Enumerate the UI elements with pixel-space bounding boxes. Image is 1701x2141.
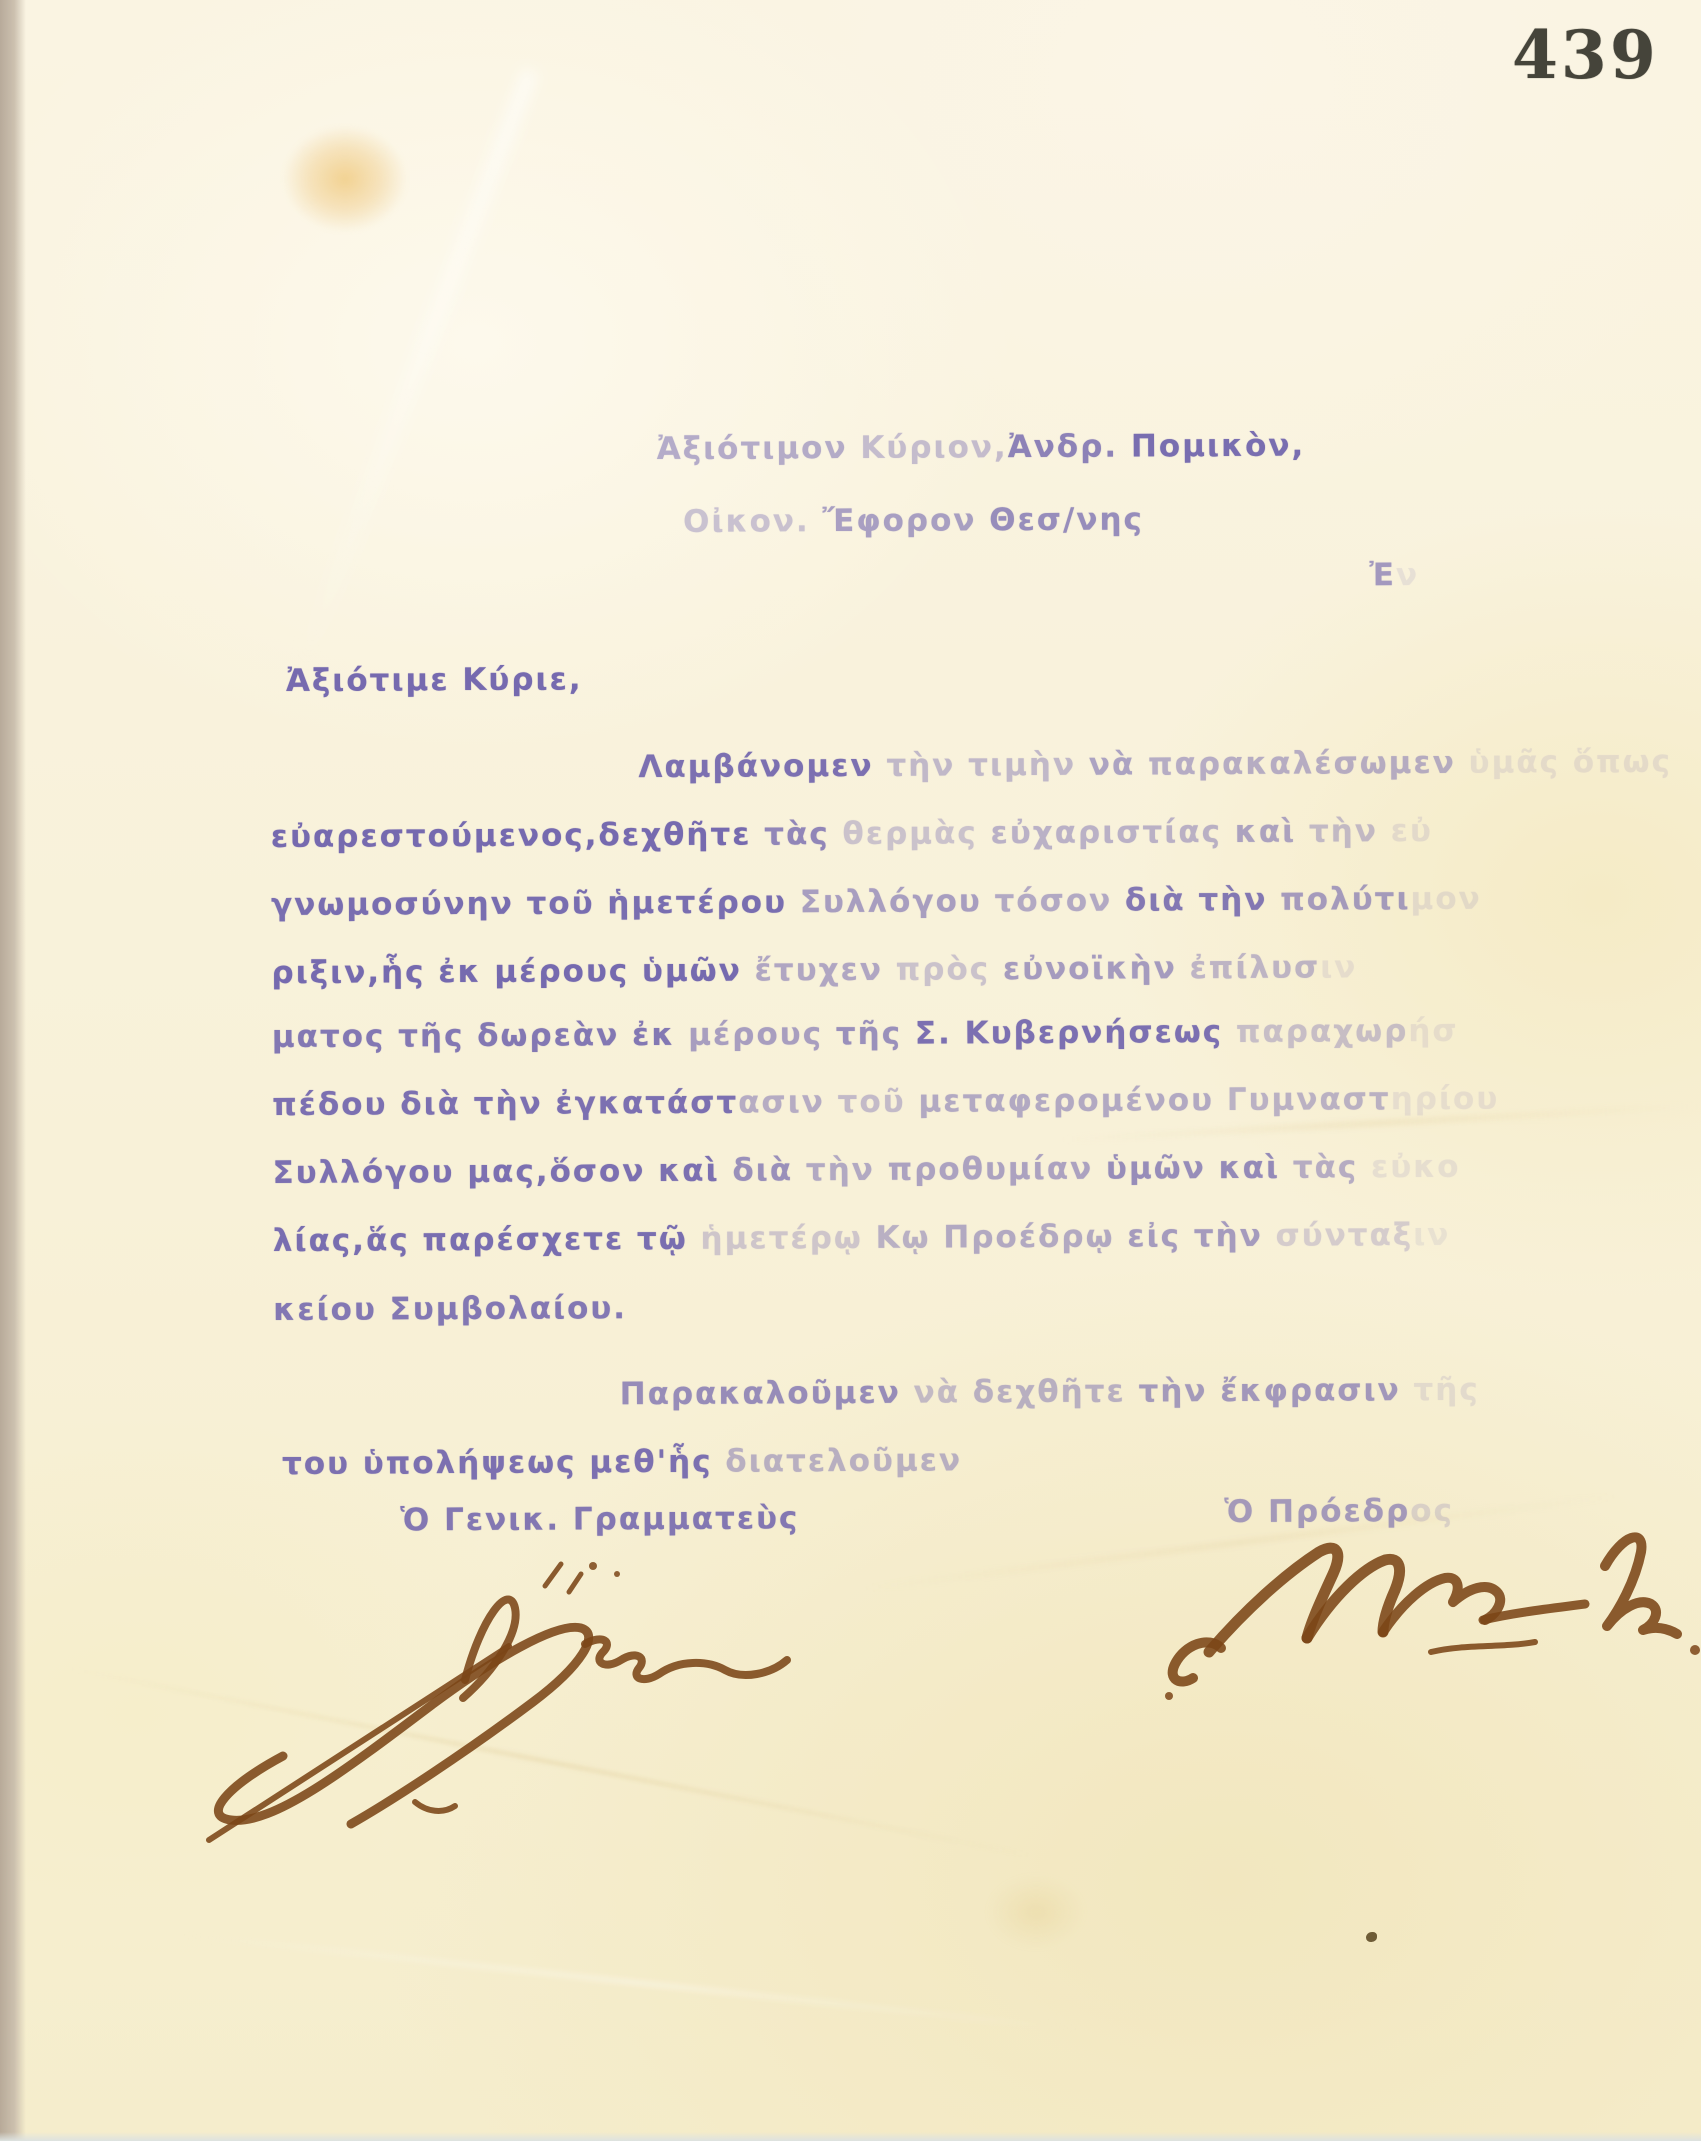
body-line-9: κείου Συμβολαίου.	[273, 1290, 627, 1328]
body-line-6: πέδου διὰ τὴν ἐγκατάστασιν τοῦ μεταφερομ…	[272, 1081, 1499, 1123]
secretary-signature	[165, 1548, 845, 1853]
president-signature	[1135, 1500, 1701, 1705]
body-line-4: ριξιν,ἧς ἐκ μέρους ὑμῶν ἔτυχεν πρὸς εὐνο…	[271, 949, 1357, 991]
closing-line-2: του ὑπολήψεως μεθ'ἧς διατελοῦμεν	[282, 1442, 962, 1482]
body-line-8: λίας,ἅς παρέσχετε τῷ ἡμετέρῳ Κῳ Προέδρῳ …	[273, 1217, 1451, 1259]
date-line: Ἐν	[1369, 557, 1419, 593]
body-line-2: εὐαρεστούμενος,δεχθῆτε τὰς θερμὰς εὐχαρι…	[271, 813, 1433, 855]
body-line-1: Λαμβάνομεν τὴν τιμὴν νὰ παρακαλέσωμεν ὑμ…	[638, 744, 1672, 785]
recipient-line-2: Οἰκον. Ἔφορον Θεσ/νης	[683, 501, 1144, 539]
secretary-title: Ὁ Γενικ. Γραμματεὺς	[400, 1500, 799, 1538]
scanned-letter-page: 439 Ἀξιότιμον Κύριον,Ἀνδρ. Πομικὸν, Οἰκο…	[0, 0, 1701, 2141]
body-line-3: γνωμοσύνην τοῦ ἡμετέρου Συλλόγου τόσον δ…	[271, 881, 1482, 923]
salutation: Ἀξιότιμε Κύριε,	[286, 661, 583, 699]
body-line-5: ματος τῆς δωρεὰν ἐκ μέρους τῆς Σ. Κυβερν…	[272, 1013, 1459, 1055]
body-line-7: Συλλόγου μας,ὅσον καὶ διὰ τὴν προθυμίαν …	[272, 1149, 1460, 1191]
recipient-line-1: Ἀξιότιμον Κύριον,Ἀνδρ. Πομικὸν,	[657, 428, 1306, 467]
closing-line-1: Παρακαλοῦμεν νὰ δεχθῆτε τὴν ἔκφρασιν τῆς	[620, 1372, 1480, 1413]
